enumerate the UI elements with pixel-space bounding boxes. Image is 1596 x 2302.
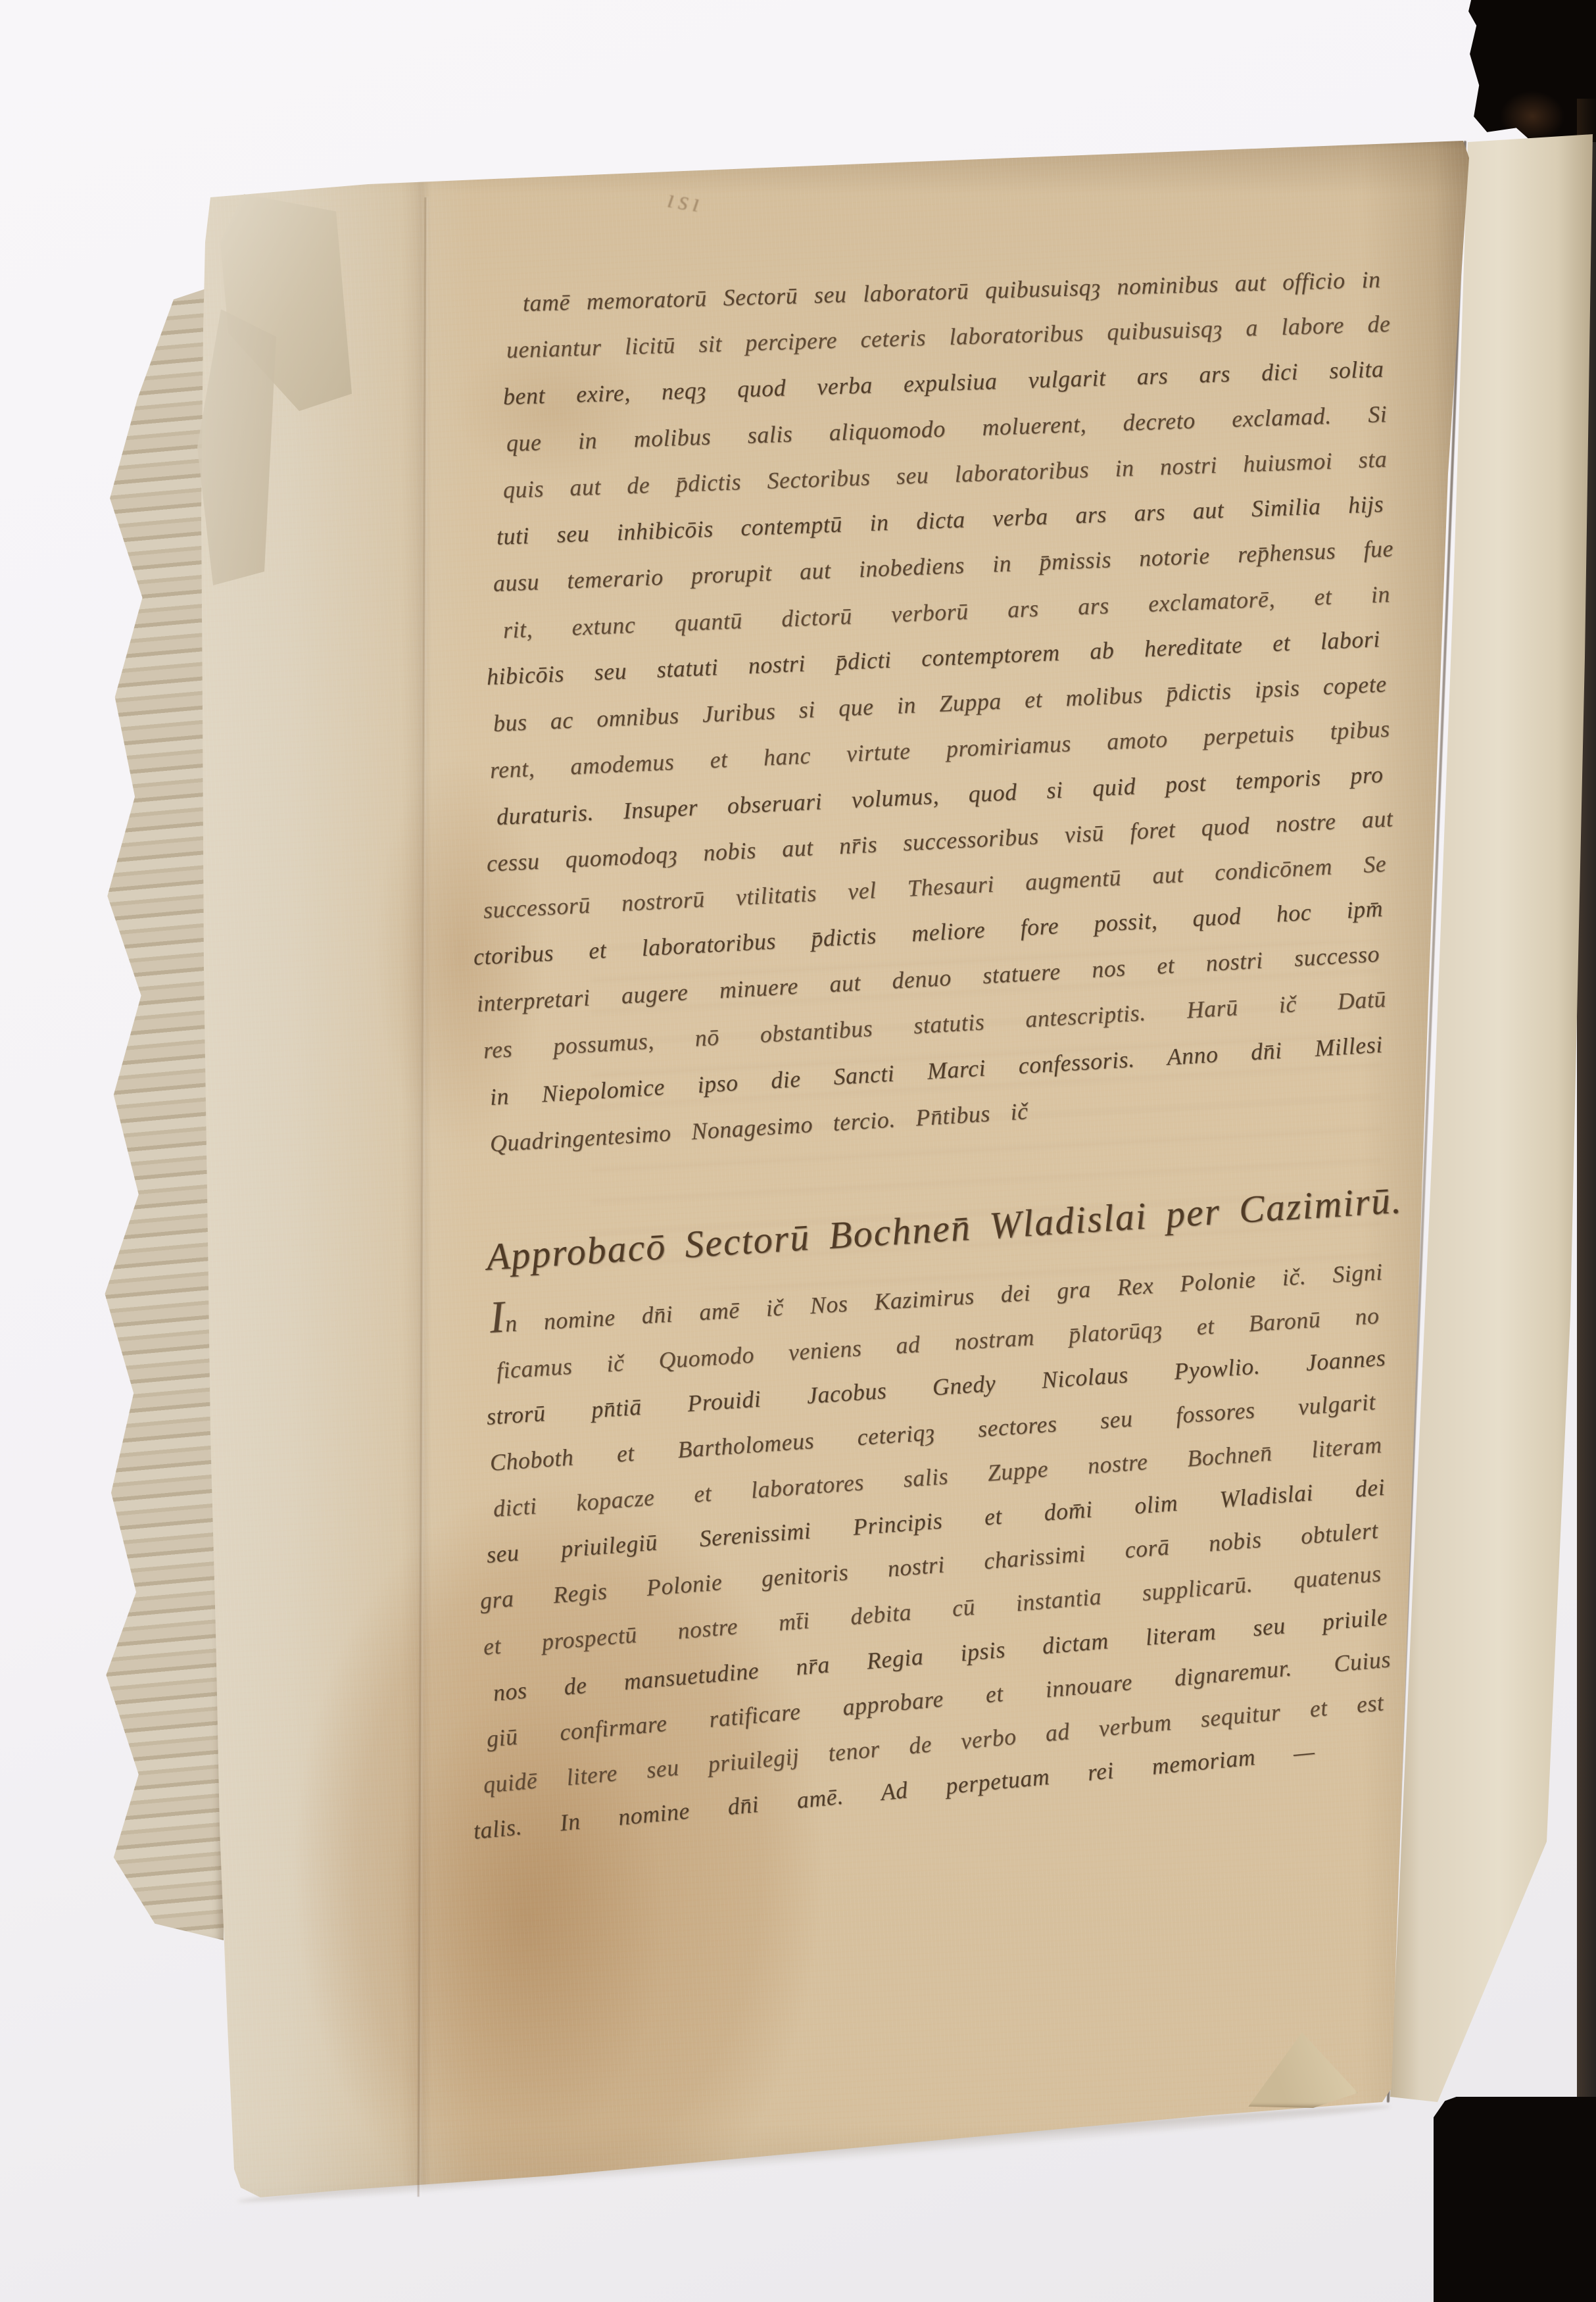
binding-strip-bottom bbox=[1434, 2097, 1596, 2302]
flourished-initial: I bbox=[488, 1292, 506, 1342]
folio-mark: ısı bbox=[665, 183, 706, 219]
binding-strip-top bbox=[1463, 0, 1596, 142]
scanner-surface: ısı tamē memoratorū Sectorū seu laborato… bbox=[0, 0, 1596, 2302]
